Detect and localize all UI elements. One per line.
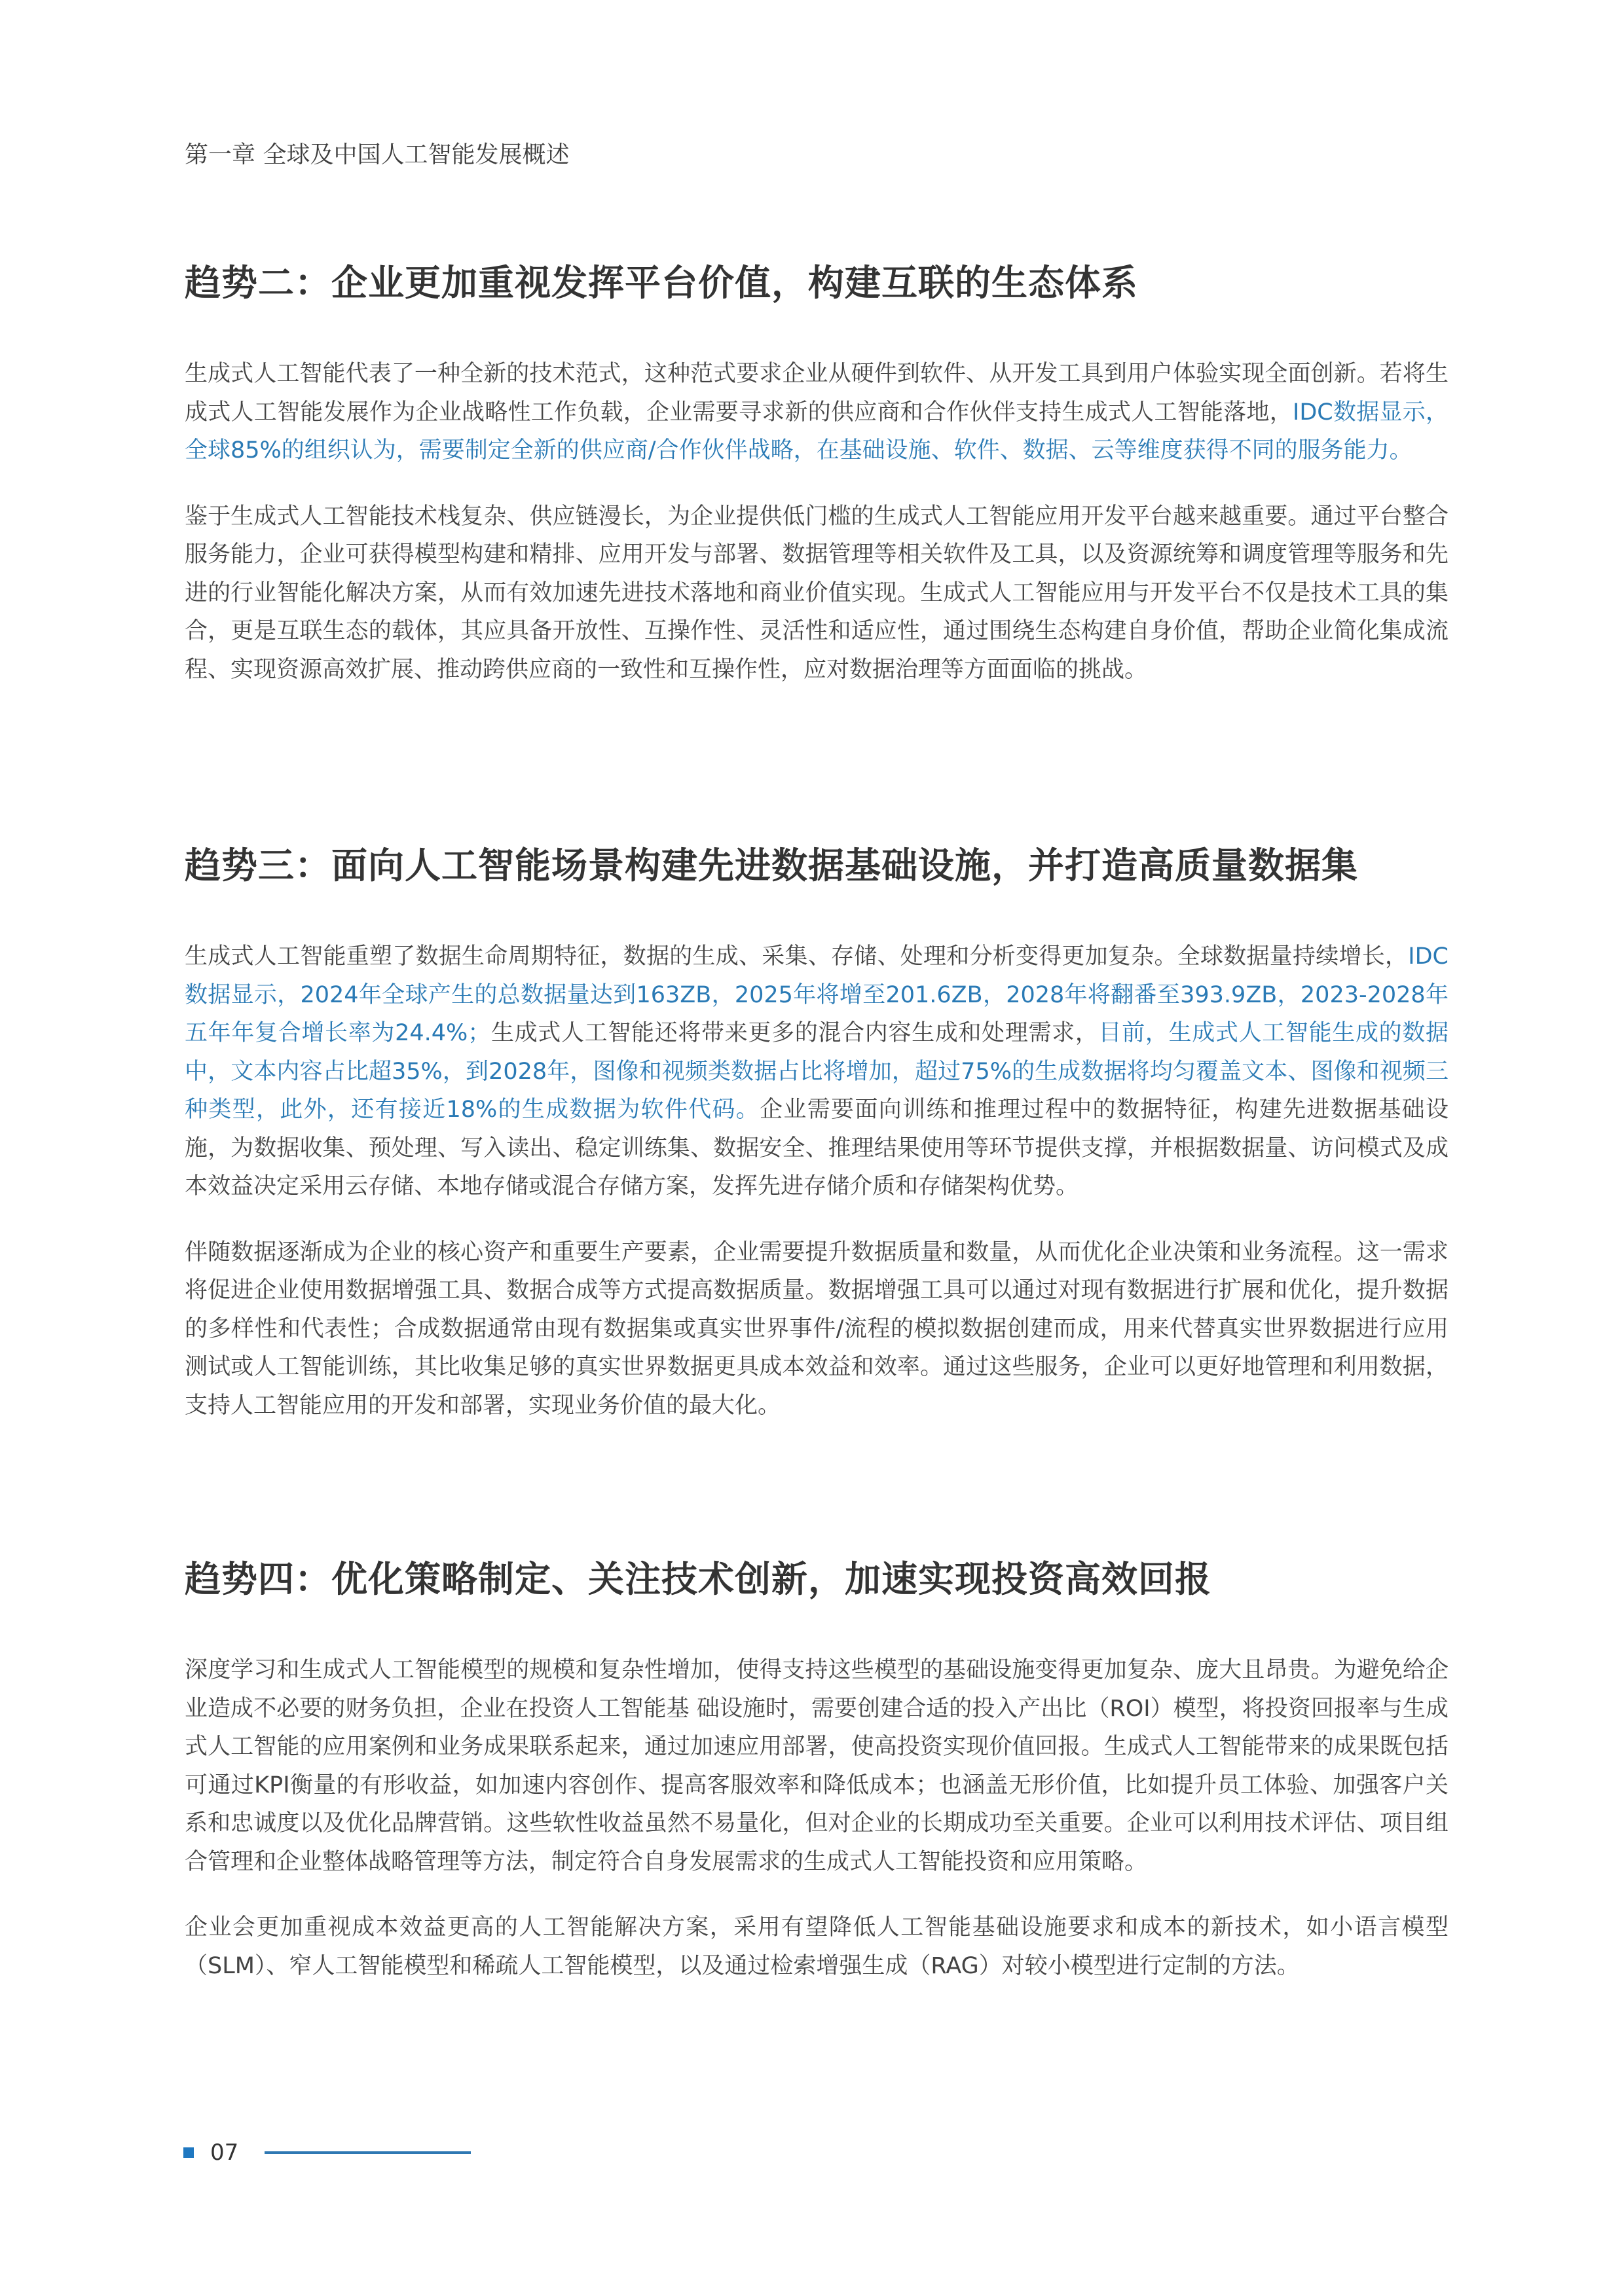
paragraph: 伴随数据逐渐成为企业的核心资产和重要生产要素，企业需要提升数据质量和数量，从而优… bbox=[185, 1233, 1449, 1425]
section-trend-4: 趋势四：优化策略制定、关注技术创新，加速实现投资高效回报 深度学习和生成式人工智… bbox=[185, 1553, 1449, 1985]
paragraph: 企业会更加重视成本效益更高的人工智能解决方案，采用有望降低人工智能基础设施要求和… bbox=[185, 1908, 1449, 1985]
page-number: 07 bbox=[210, 2140, 238, 2166]
section-title: 趋势四：优化策略制定、关注技术创新，加速实现投资高效回报 bbox=[185, 1553, 1449, 1605]
section-trend-2: 趋势二：企业更加重视发挥平台价值，构建互联的生态体系 生成式人工智能代表了一种全… bbox=[185, 257, 1449, 689]
page-footer: 07 bbox=[183, 2140, 471, 2166]
section-body: 深度学习和生成式人工智能模型的规模和复杂性增加，使得支持这些模型的基础设施变得更… bbox=[185, 1651, 1449, 1985]
section-trend-3: 趋势三：面向人工智能场景构建先进数据基础设施，并打造高质量数据集 生成式人工智能… bbox=[185, 839, 1449, 1425]
text-run: 生成式人工智能还将带来更多的混合内容生成和处理需求， bbox=[490, 1020, 1098, 1046]
text-run: 伴随数据逐渐成为企业的核心资产和重要生产要素，企业需要提升数据质量和数量，从而优… bbox=[185, 1239, 1449, 1419]
section-body: 生成式人工智能重塑了数据生命周期特征，数据的生成、采集、存储、处理和分析变得更加… bbox=[185, 938, 1449, 1425]
paragraph: 鉴于生成式人工智能技术栈复杂、供应链漫长，为企业提供低门槛的生成式人工智能应用开… bbox=[185, 498, 1449, 689]
paragraph: 生成式人工智能代表了一种全新的技术范式，这种范式要求企业从硬件到软件、从开发工具… bbox=[185, 355, 1449, 470]
section-body: 生成式人工智能代表了一种全新的技术范式，这种范式要求企业从硬件到软件、从开发工具… bbox=[185, 355, 1449, 689]
section-title: 趋势二：企业更加重视发挥平台价值，构建互联的生态体系 bbox=[185, 257, 1449, 309]
section-title: 趋势三：面向人工智能场景构建先进数据基础设施，并打造高质量数据集 bbox=[185, 839, 1449, 892]
text-run: 企业会更加重视成本效益更高的人工智能解决方案，采用有望降低人工智能基础设施要求和… bbox=[185, 1914, 1449, 1979]
paragraph: 生成式人工智能重塑了数据生命周期特征，数据的生成、采集、存储、处理和分析变得更加… bbox=[185, 938, 1449, 1206]
text-run: 生成式人工智能重塑了数据生命周期特征，数据的生成、采集、存储、处理和分析变得更加… bbox=[185, 943, 1408, 970]
paragraph: 深度学习和生成式人工智能模型的规模和复杂性增加，使得支持这些模型的基础设施变得更… bbox=[185, 1651, 1449, 1881]
text-run: 深度学习和生成式人工智能模型的规模和复杂性增加，使得支持这些模型的基础设施变得更… bbox=[185, 1657, 1449, 1875]
square-bullet-icon bbox=[183, 2147, 194, 2158]
chapter-running-head: 第一章 全球及中国人工智能发展概述 bbox=[185, 136, 569, 170]
text-run: 生成式人工智能代表了一种全新的技术范式，这种范式要求企业从硬件到软件、从开发工具… bbox=[185, 361, 1449, 426]
footer-rule bbox=[265, 2151, 471, 2154]
text-run: 鉴于生成式人工智能技术栈复杂、供应链漫长，为企业提供低门槛的生成式人工智能应用开… bbox=[185, 503, 1449, 683]
